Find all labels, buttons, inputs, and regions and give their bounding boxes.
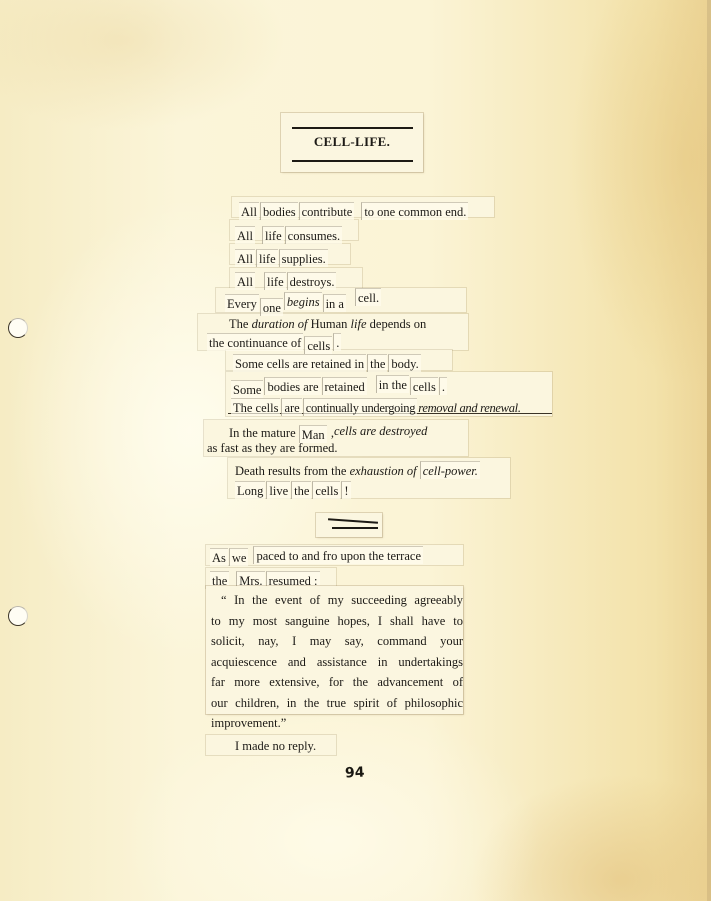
poem-line: The duration of Human life depends on bbox=[226, 316, 429, 332]
poem-line: Alllifeconsumes. bbox=[232, 226, 346, 244]
prose-line: Aswepaced to and fro upon the terrace bbox=[207, 548, 427, 566]
quote-paragraph: “ In the event of my succeeding agreeabl… bbox=[211, 590, 463, 734]
poem-line: Longlivethecells! bbox=[232, 481, 355, 499]
ornament-rule bbox=[328, 518, 378, 523]
closing-line: I made no reply. bbox=[232, 738, 319, 754]
poem-line: Death results from the exhaustion of cel… bbox=[232, 461, 484, 479]
poem-line: Some cells are retained inthebody. bbox=[230, 354, 425, 372]
punch-hole bbox=[8, 606, 28, 626]
poem-line: Allbodiescontributeto one common end. bbox=[236, 202, 472, 220]
poem-line: The cells are continually undergoing rem… bbox=[228, 398, 524, 416]
poem-line: Everyonebeginsin acell. bbox=[222, 294, 385, 312]
title-clipping: CELL-LIFE. bbox=[281, 113, 423, 172]
paper-edge bbox=[707, 0, 711, 901]
poem-line: Alllifedestroys. bbox=[232, 272, 340, 290]
ornament-rule bbox=[332, 527, 378, 529]
title-rule-bottom bbox=[292, 160, 413, 162]
poem-line: the continuance ofcells. bbox=[204, 333, 345, 351]
poem-line: Alllifesupplies. bbox=[232, 249, 332, 267]
ornament-clipping bbox=[316, 513, 382, 537]
punch-hole bbox=[8, 318, 28, 338]
page-title: CELL-LIFE. bbox=[281, 134, 423, 150]
poem-line: In the mature Man ,cells are destroyed bbox=[226, 423, 430, 441]
poem-line: as fast as they are formed. bbox=[204, 440, 341, 456]
page-number: 94 bbox=[345, 765, 365, 782]
title-rule-top bbox=[292, 127, 413, 129]
poem-line: Somebodies areretainedin thecells. bbox=[228, 377, 451, 395]
